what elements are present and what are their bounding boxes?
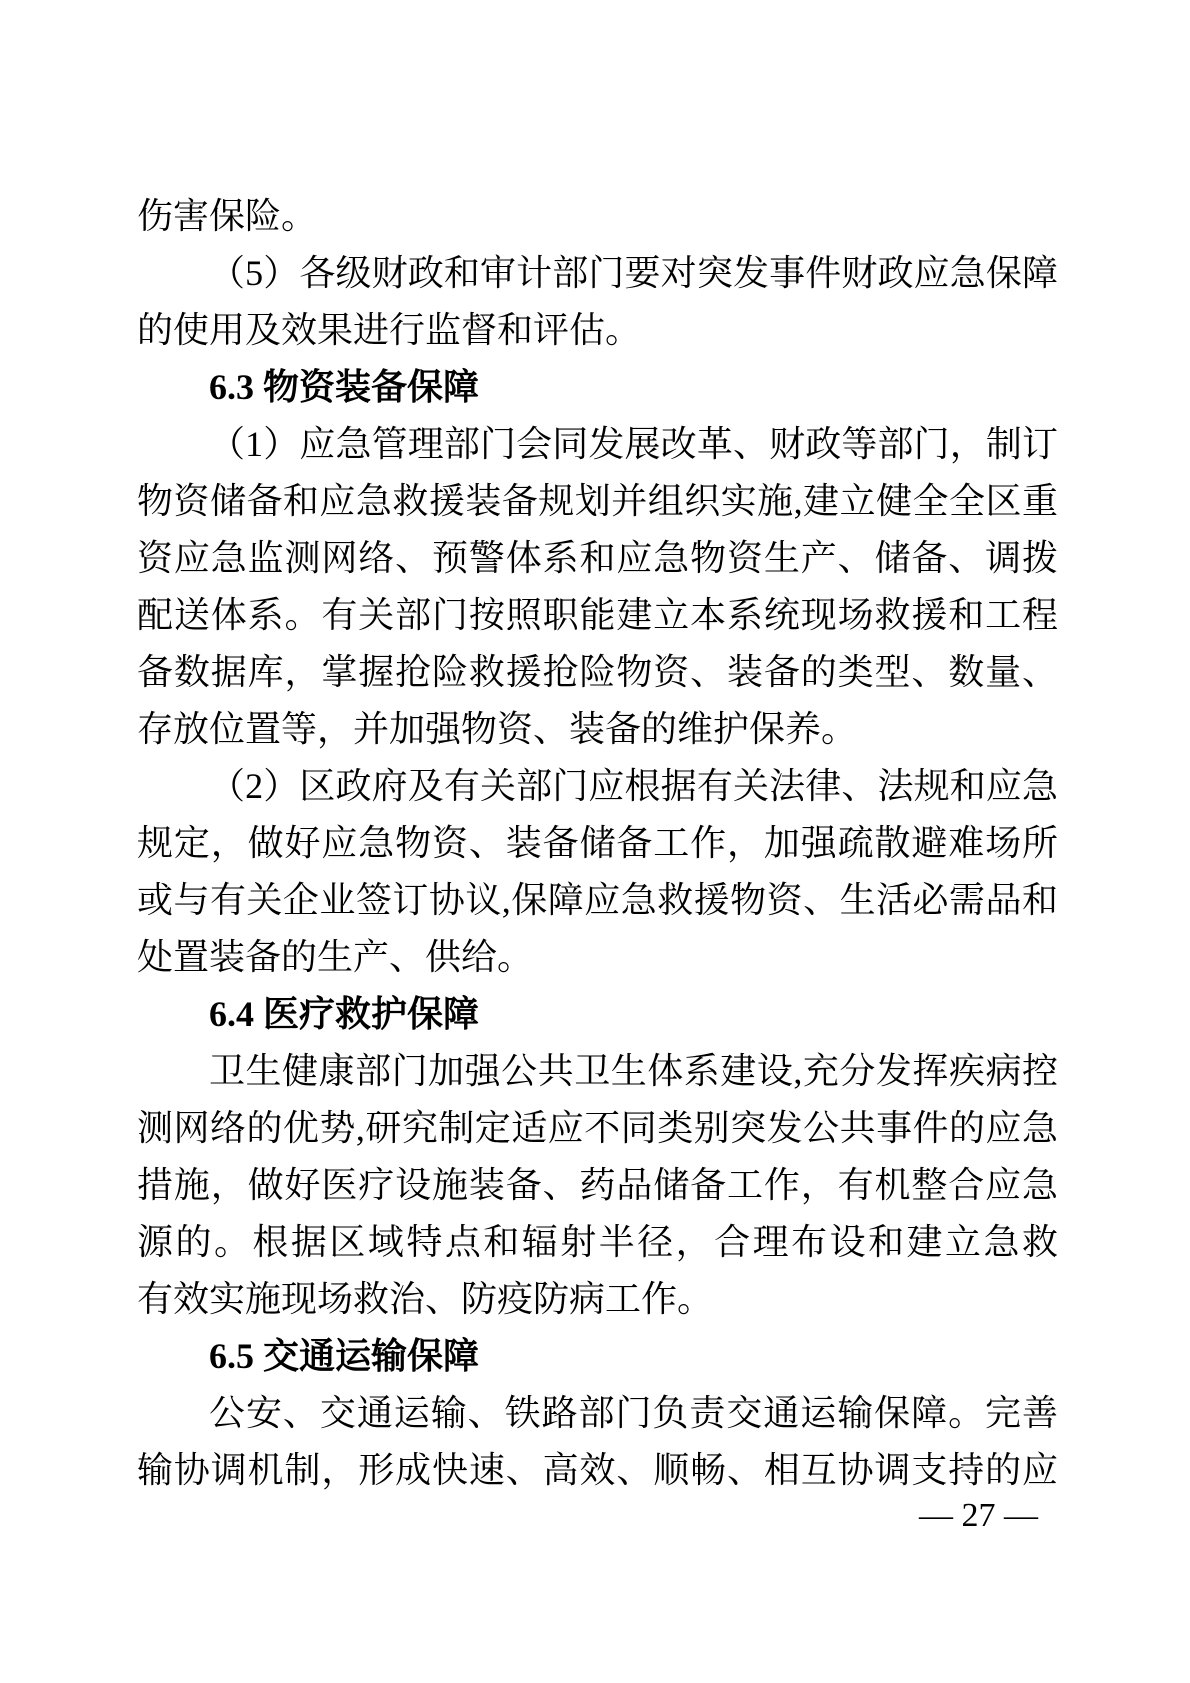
page-number: — 27 — (919, 1496, 1038, 1536)
body-text-line: 备数据库，掌握抢险救援抢险物资、装备的类型、数量、性能、 (137, 644, 1058, 701)
body-text-line: 或与有关企业签订协议,保障应急救援物资、生活必需品和应急 (137, 872, 1058, 929)
section-heading-6-5: 6.5 交通运输保障 (137, 1328, 1058, 1385)
body-text-line: 的使用及效果进行监督和评估。 (137, 302, 1058, 359)
section-heading-6-3: 6.3 物资装备保障 (137, 359, 1058, 416)
document-body: 伤害保险。 （5）各级财政和审计部门要对突发事件财政应急保障资金 的使用及效果进… (137, 188, 1058, 1499)
body-text-line: 物资储备和应急救援装备规划并组织实施,建立健全全区重要物 (137, 473, 1058, 530)
body-text-line: 源的。根据区域特点和辐射半径，合理布设和建立急救站，确保 (137, 1214, 1058, 1271)
body-text-line: 措施，做好医疗设施装备、药品储备工作，有机整合应急卫生资 (137, 1157, 1058, 1214)
body-text-line: 处置装备的生产、供给。 (137, 929, 1058, 986)
body-text-line: 资应急监测网络、预警体系和应急物资生产、储备、调拨及紧急 (137, 530, 1058, 587)
body-text-line: 卫生健康部门加强公共卫生体系建设,充分发挥疾病控制监 (137, 1043, 1058, 1100)
body-text-line: （5）各级财政和审计部门要对突发事件财政应急保障资金 (137, 245, 1058, 302)
section-heading-6-4: 6.4 医疗救护保障 (137, 986, 1058, 1043)
body-text-line: 有效实施现场救治、防疫防病工作。 (137, 1271, 1058, 1328)
body-text-line: 公安、交通运输、铁路部门负责交通运输保障。完善应急运 (137, 1385, 1058, 1442)
body-text-line: 存放位置等，并加强物资、装备的维护保养。 (137, 701, 1058, 758)
body-text-line: 配送体系。有关部门按照职能建立本系统现场救援和工程抢险装 (137, 587, 1058, 644)
body-text-line: 伤害保险。 (137, 188, 1058, 245)
document-page: 伤害保险。 （5）各级财政和审计部门要对突发事件财政应急保障资金 的使用及效果进… (0, 0, 1190, 1683)
body-text-line: 测网络的优势,研究制定适应不同类别突发公共事件的应急准备 (137, 1100, 1058, 1157)
body-text-line: 输协调机制，形成快速、高效、顺畅、相互协调支持的应急运输 (137, 1442, 1058, 1499)
body-text-line: 规定，做好应急物资、装备储备工作，加强疏散避难场所建设， (137, 815, 1058, 872)
body-text-line: （1）应急管理部门会同发展改革、财政等部门，制订应急 (137, 416, 1058, 473)
body-text-line: （2）区政府及有关部门应根据有关法律、法规和应急预案 (137, 758, 1058, 815)
